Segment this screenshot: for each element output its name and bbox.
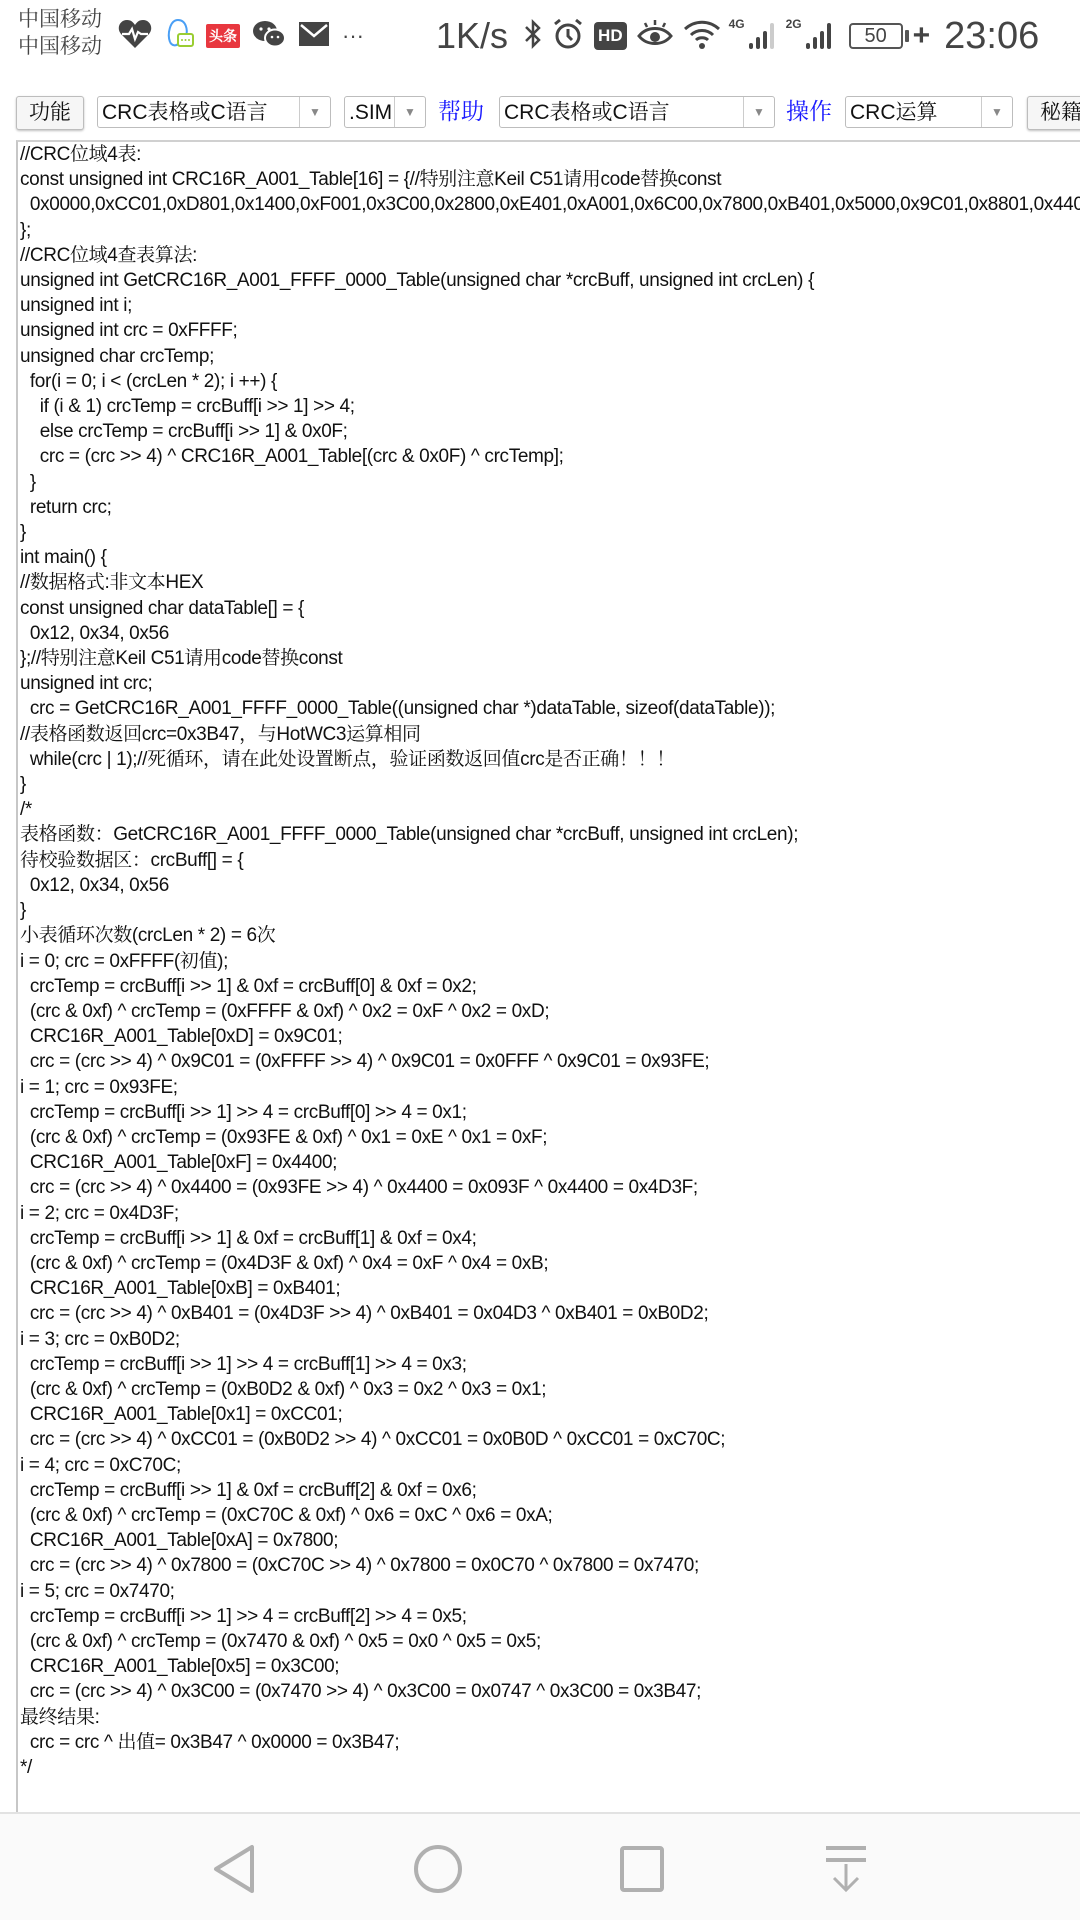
code-line: crcTemp = crcBuff[i >> 1] & 0xf = crcBuf… [20,1478,1080,1503]
code-line: CRC16R_A001_Table[0x1] = 0xCC01; [20,1402,1080,1427]
code-line: int main() { [20,545,1080,570]
code-line: //CRC位域4表: [20,142,1080,167]
chevron-down-icon: ▼ [743,97,774,127]
code-line: 0x0000,0xCC01,0xD801,0x1400,0xF001,0x3C0… [20,192,1080,217]
code-line: 最终结果: [20,1705,1080,1730]
code-line: crc = (crc >> 4) ^ CRC16R_A001_Table[(cr… [20,444,1080,469]
clock: 23:06 [944,15,1039,58]
code-line: (crc & 0xf) ^ crcTemp = (0x93FE & 0xf) ^… [20,1125,1080,1150]
code-line: crc = (crc >> 4) ^ 0xB401 = (0x4D3F >> 4… [20,1301,1080,1326]
help-link[interactable]: 帮助 [438,94,484,128]
notification-pulldown-icon [824,1844,868,1894]
system-status: 1K/s HD 4G 2G 50 + 23:06 [436,10,1039,62]
code-textarea[interactable]: //CRC位域4表:const unsigned int CRC16R_A001… [16,140,1080,1812]
charging-icon: + [913,19,931,53]
toutiao-icon: 头条 [206,24,240,48]
code-line: CRC16R_A001_Table[0xF] = 0x4400; [20,1150,1080,1175]
format-select[interactable]: CRC表格或C语言 ▼ [97,96,331,128]
code-line: 0x12, 0x34, 0x56 [20,873,1080,898]
carrier-2: 中国移动 [18,33,102,60]
code-line: const unsigned char dataTable[] = { [20,596,1080,621]
code-line: unsigned int i; [20,293,1080,318]
hd-icon: HD [594,22,627,50]
chevron-down-icon: ▼ [394,97,425,127]
code-line: crcTemp = crcBuff[i >> 1] & 0xf = crcBuf… [20,974,1080,999]
code-line: unsigned int GetCRC16R_A001_FFFF_0000_Ta… [20,268,1080,293]
code-line: (crc & 0xf) ^ crcTemp = (0xB0D2 & 0xf) ^… [20,1377,1080,1402]
code-line: crc = crc ^ 出值= 0x3B47 ^ 0x0000 = 0x3B47… [20,1730,1080,1755]
carrier-labels: 中国移动 中国移动 [18,6,102,60]
code-line: unsigned int crc; [20,671,1080,696]
code-line: } [20,772,1080,797]
code-line: //CRC位域4查表算法: [20,243,1080,268]
code-line: (crc & 0xf) ^ crcTemp = (0x7470 & 0xf) ^… [20,1629,1080,1654]
format-select-value: CRC表格或C语言 [102,101,268,124]
code-line: } [20,520,1080,545]
help-select[interactable]: CRC表格或C语言 ▼ [499,96,775,128]
code-line: CRC16R_A001_Table[0xB] = 0xB401; [20,1276,1080,1301]
code-line: }; [20,218,1080,243]
code-line: crcTemp = crcBuff[i >> 1] >> 4 = crcBuff… [20,1352,1080,1377]
code-line: } [20,470,1080,495]
code-line: return crc; [20,495,1080,520]
network-speed: 1K/s [436,15,508,57]
operation-select-value: CRC运算 [850,101,938,124]
toolbar: 功能 CRC表格或C语言 ▼ .SIM ▼ 帮助 CRC表格或C语言 ▼ 操作 … [0,80,1080,132]
secrets-button[interactable]: 秘籍 [1027,96,1080,130]
operation-link[interactable]: 操作 [786,94,832,128]
code-line: crcTemp = crcBuff[i >> 1] >> 4 = crcBuff… [20,1100,1080,1125]
code-line: i = 3; crc = 0xB0D2; [20,1327,1080,1352]
code-line: //表格函数返回crc=0x3B47，与HotWC3运算相同 [20,722,1080,747]
chevron-down-icon: ▼ [299,97,330,127]
code-line: unsigned int crc = 0xFFFF; [20,318,1080,343]
code-line: crc = (crc >> 4) ^ 0xCC01 = (0xB0D2 >> 4… [20,1427,1080,1452]
battery-terminal [905,30,909,42]
back-icon [212,1844,256,1894]
code-line: while(crc | 1);//死循环，请在此处设置断点，验证函数返回值crc… [20,747,1080,772]
extension-select[interactable]: .SIM ▼ [344,96,426,128]
status-bar: 中国移动 中国移动 头条 ··· 1K/s HD [0,0,1080,72]
code-line: (crc & 0xf) ^ crcTemp = (0x4D3F & 0xf) ^… [20,1251,1080,1276]
code-line: crc = (crc >> 4) ^ 0x9C01 = (0xFFFF >> 4… [20,1049,1080,1074]
function-button[interactable]: 功能 [16,96,84,130]
wifi-icon [683,18,721,55]
code-line: i = 0; crc = 0xFFFF(初值); [20,949,1080,974]
code-line: else crcTemp = crcBuff[i >> 1] & 0x0F; [20,419,1080,444]
signal-4g-icon: 4G [749,23,774,49]
back-button[interactable] [204,1842,264,1896]
code-line: unsigned char crcTemp; [20,344,1080,369]
alarm-icon [552,18,584,55]
code-line: if (i & 1) crcTemp = crcBuff[i >> 1] >> … [20,394,1080,419]
code-line: const unsigned int CRC16R_A001_Table[16]… [20,167,1080,192]
eye-comfort-icon [637,18,673,55]
code-line: /* [20,797,1080,822]
code-line: crc = GetCRC16R_A001_FFFF_0000_Table((un… [20,696,1080,721]
extension-select-value: .SIM [349,101,392,124]
code-line: CRC16R_A001_Table[0x5] = 0x3C00; [20,1654,1080,1679]
code-line: } [20,898,1080,923]
notification-icons: 头条 ··· [118,16,364,56]
code-line: crc = (crc >> 4) ^ 0x4400 = (0x93FE >> 4… [20,1175,1080,1200]
notification-pulldown-button[interactable] [816,1842,876,1896]
battery-indicator: 50 [849,23,903,49]
code-line: CRC16R_A001_Table[0xA] = 0x7800; [20,1528,1080,1553]
mail-icon [298,21,330,52]
wechat-icon [252,19,286,54]
bluetooth-icon [524,18,542,55]
health-heart-icon [118,19,152,54]
code-line: (crc & 0xf) ^ crcTemp = (0xFFFF & 0xf) ^… [20,999,1080,1024]
code-line: 待校验数据区：crcBuff[] = { [20,848,1080,873]
code-line: (crc & 0xf) ^ crcTemp = (0xC70C & 0xf) ^… [20,1503,1080,1528]
operation-select[interactable]: CRC运算 ▼ [845,96,1013,128]
code-line: i = 5; crc = 0x7470; [20,1579,1080,1604]
home-button[interactable] [408,1842,468,1896]
code-line: crcTemp = crcBuff[i >> 1] & 0xf = crcBuf… [20,1226,1080,1251]
code-line: //数据格式:非文本HEX [20,570,1080,595]
code-line: */ [20,1755,1080,1780]
carrier-1: 中国移动 [18,6,102,33]
help-select-value: CRC表格或C语言 [504,101,670,124]
code-line: i = 1; crc = 0x93FE; [20,1075,1080,1100]
qq-icon [164,16,194,57]
chevron-down-icon: ▼ [981,97,1012,127]
code-line: i = 4; crc = 0xC70C; [20,1453,1080,1478]
code-line: for(i = 0; i < (crcLen * 2); i ++) { [20,369,1080,394]
code-line: };//特别注意Keil C51请用code替换const [20,646,1080,671]
code-line: 小表循环次数(crcLen * 2) = 6次 [20,923,1080,948]
code-line: 0x12, 0x34, 0x56 [20,621,1080,646]
signal-2g-icon: 2G [806,23,831,49]
more-dots-icon: ··· [342,23,364,49]
code-line: crcTemp = crcBuff[i >> 1] >> 4 = crcBuff… [20,1604,1080,1629]
recents-icon [619,1845,665,1893]
recents-button[interactable] [612,1842,672,1896]
code-line: 表格函数：GetCRC16R_A001_FFFF_0000_Table(unsi… [20,822,1080,847]
code-line: i = 2; crc = 0x4D3F; [20,1201,1080,1226]
code-content: //CRC位域4表:const unsigned int CRC16R_A001… [18,142,1080,1780]
navigation-bar [0,1812,1080,1920]
code-line: CRC16R_A001_Table[0xD] = 0x9C01; [20,1024,1080,1049]
home-icon [413,1844,463,1894]
code-line: crc = (crc >> 4) ^ 0x3C00 = (0x7470 >> 4… [20,1679,1080,1704]
code-line: crc = (crc >> 4) ^ 0x7800 = (0xC70C >> 4… [20,1553,1080,1578]
